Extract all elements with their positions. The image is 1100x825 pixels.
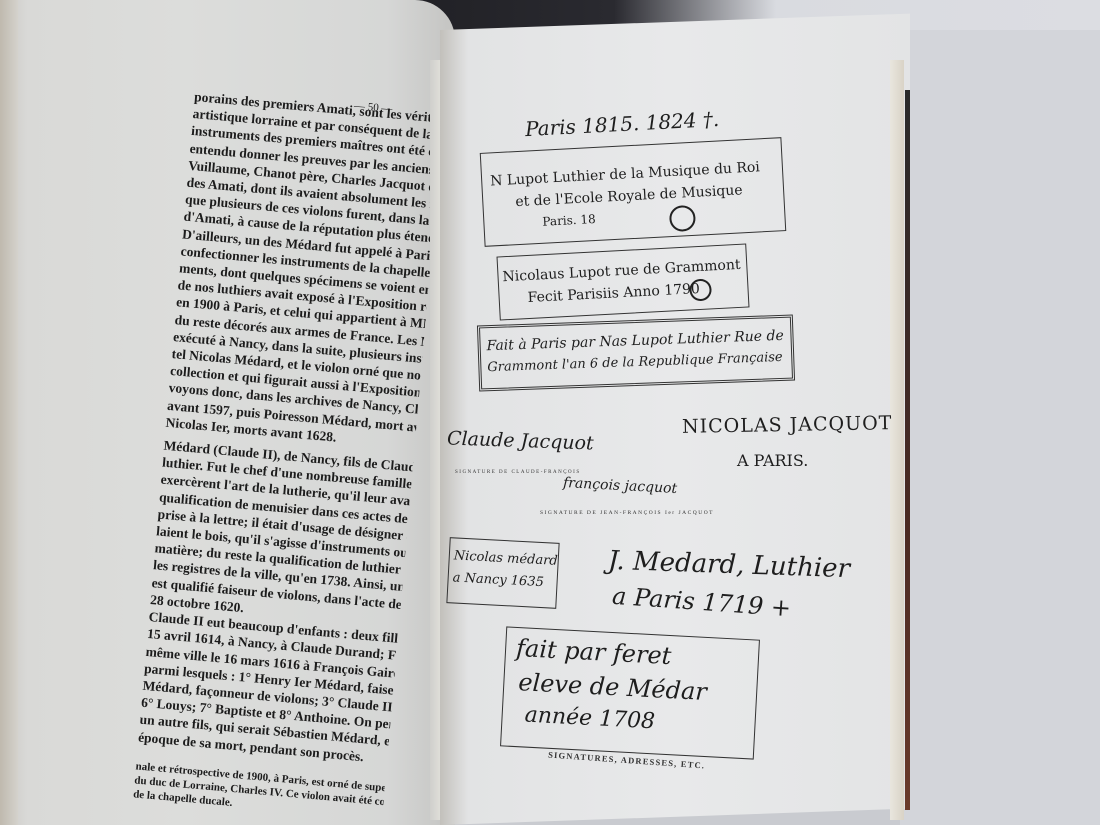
- label-lupot-3: Fait à Paris par Nas Lupot Luthier Rue d…: [477, 315, 795, 392]
- label-text: Grammont l'an 6 de la Republique Françai…: [487, 350, 783, 375]
- caption-claude: SIGNATURE DE CLAUDE-FRANÇOIS: [455, 470, 581, 475]
- seal-icon: [689, 278, 712, 301]
- label-lupot-2: Nicolaus Lupot rue de Grammont Fecit Par…: [496, 244, 749, 321]
- left-page: — 50 — porains des premiers Amati, sont …: [0, 0, 455, 825]
- backdrop-surface: [900, 30, 1100, 825]
- page-stack-edge-right: [890, 60, 904, 820]
- label-text: a Nancy 1635: [452, 570, 544, 590]
- book-cover-edge: [905, 90, 910, 810]
- label-text: Nicolas médard: [453, 548, 558, 568]
- label-lupot-1: N Lupot Luthier de la Musique du Roi et …: [480, 137, 787, 247]
- label-text: Paris. 18: [542, 212, 596, 229]
- label-text: fait par feret: [515, 634, 672, 670]
- stamp-nicolas-jacquot: NICOLAS JACQUOT: [682, 412, 893, 438]
- label-text: eleve de Médar: [518, 668, 708, 706]
- left-page-text: — 50 — porains des premiers Amati, sont …: [133, 88, 444, 823]
- label-feret: fait par feret eleve de Médar année 1708: [500, 626, 760, 759]
- seal-icon: [669, 205, 696, 232]
- label-text: et de l'Ecole Royale de Musique: [515, 182, 743, 210]
- page-number: — 50 —: [353, 98, 393, 118]
- label-text: année 1708: [524, 703, 656, 735]
- footnote: nale et rétrospective de 1900, à Paris, …: [133, 759, 386, 823]
- label-nicolas-medard: Nicolas médard a Nancy 1635: [446, 537, 559, 609]
- stamp-a-paris: A PARIS.: [737, 451, 808, 470]
- caption-francois: SIGNATURE DE JEAN-FRANÇOIS Ier JACQUOT: [540, 510, 714, 516]
- label-text: Fecit Parisiis Anno 1790: [527, 281, 700, 306]
- label-text: Fait à Paris par Nas Lupot Luthier Rue d…: [486, 328, 784, 354]
